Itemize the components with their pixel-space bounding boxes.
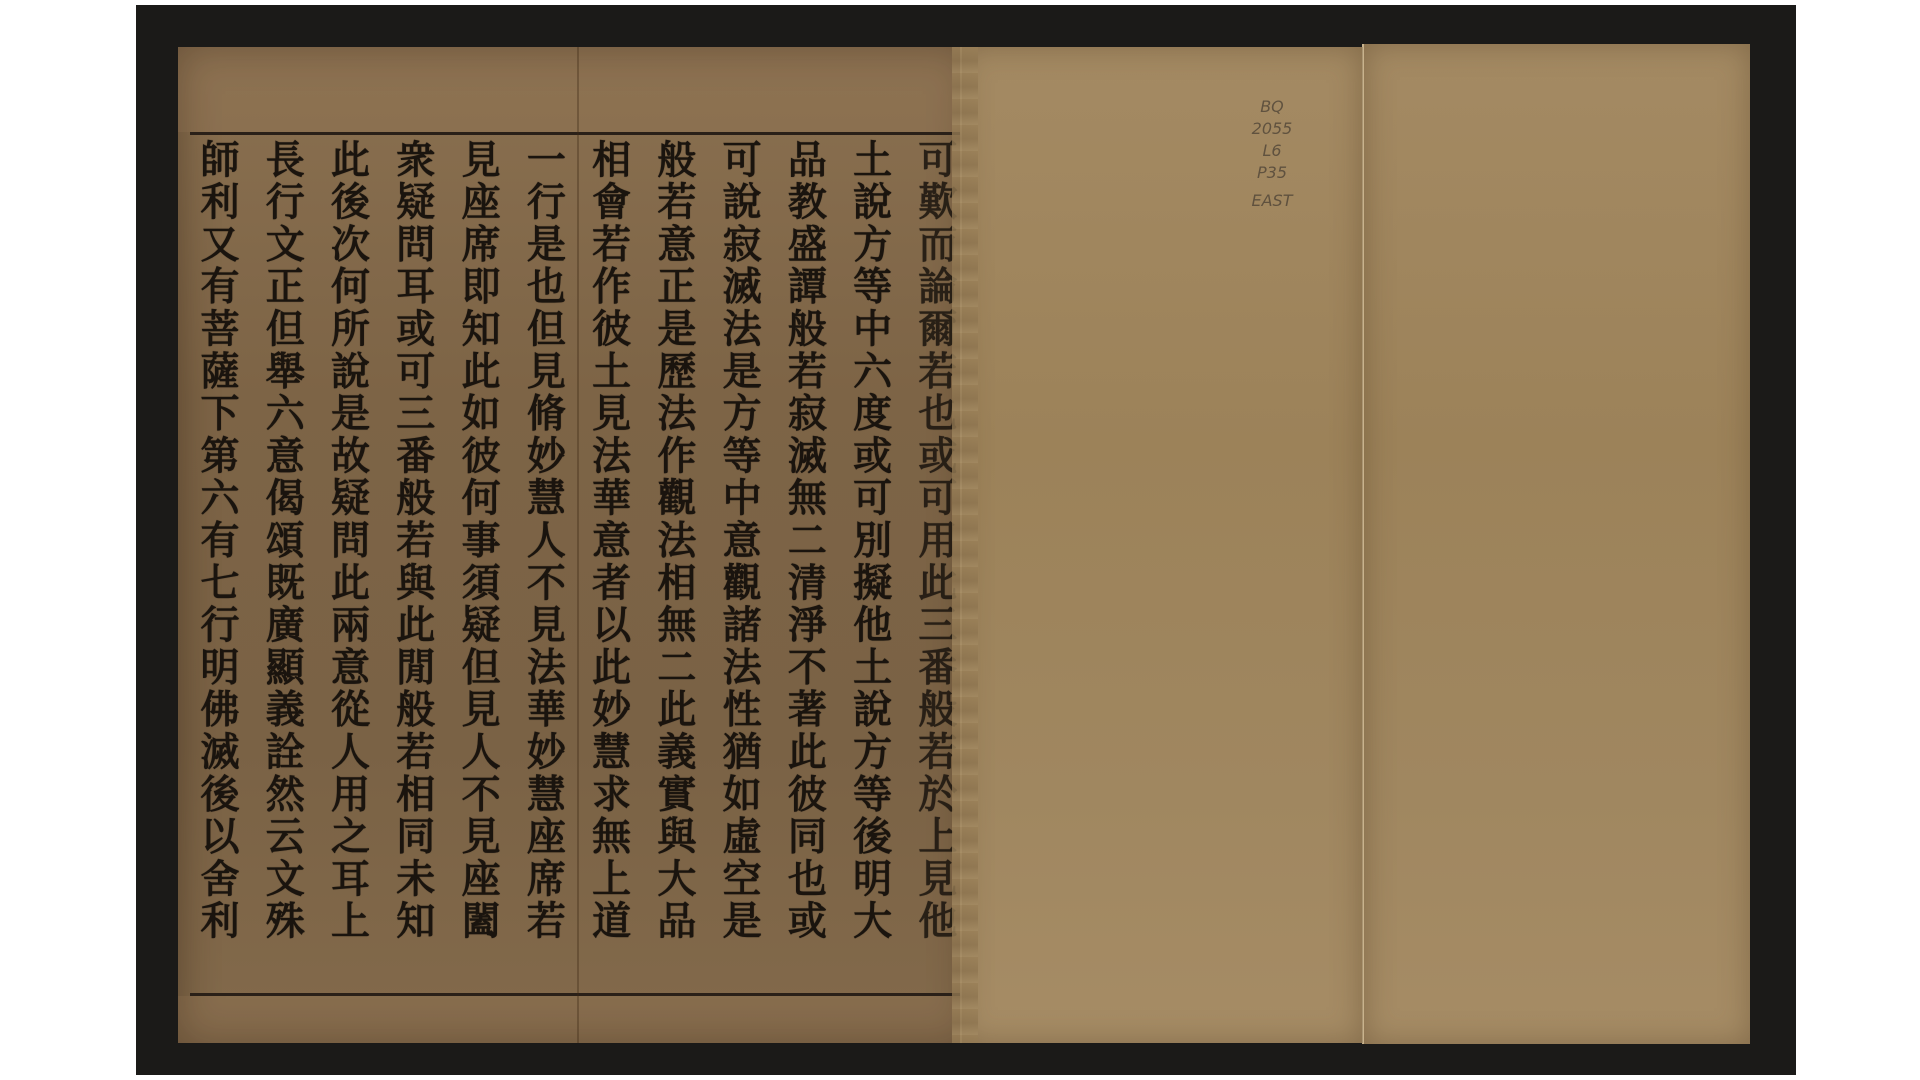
text-column-7: 一行是也但見脩妙慧人不見法華妙慧座席若 bbox=[514, 139, 572, 991]
pencil-line-4: P35 bbox=[1232, 162, 1312, 184]
printed-leaf: 可歎而論爾若也或可用此三番般若於上見他 土說方等中六度或可別擬他土說方等後明大 … bbox=[178, 47, 970, 1043]
text-column-10: 此後次何所說是故疑問此兩意從人用之耳上 bbox=[319, 139, 377, 991]
text-column-5: 般若意正是歷法作觀法相無二此義實與大品 bbox=[645, 139, 703, 991]
pencil-line-2: 2055 bbox=[1232, 118, 1312, 140]
pencil-line-3: L6 bbox=[1232, 140, 1312, 162]
text-column-12: 師利又有菩薩下第六有七行明佛滅後以舍利 bbox=[188, 139, 246, 991]
text-column-6: 相會若作彼土見法華意者以此妙慧求無上道 bbox=[580, 139, 638, 991]
pencil-line-1: BQ bbox=[1232, 96, 1312, 118]
text-column-2: 土說方等中六度或可別擬他土說方等後明大 bbox=[841, 139, 899, 991]
text-column-4: 可說寂滅法是方等中意觀諸法性猶如虛空是 bbox=[710, 139, 768, 991]
cover-panel-right bbox=[1362, 44, 1750, 1044]
torn-edge bbox=[952, 47, 978, 1043]
text-block: 可歎而論爾若也或可用此三番般若於上見他 土說方等中六度或可別擬他土說方等後明大 … bbox=[186, 139, 966, 991]
text-column-9: 衆疑問耳或可三番般若與此閒般若相同未知 bbox=[384, 139, 442, 991]
text-column-3: 品教盛譚般若寂滅無二清淨不著此彼同也或 bbox=[775, 139, 833, 991]
bottom-margin bbox=[178, 996, 970, 1043]
text-column-11: 長行文正但舉六意偈頌既廣顯義詮然云文殊 bbox=[253, 139, 311, 991]
top-margin bbox=[178, 47, 970, 132]
pencil-line-5: EAST bbox=[1232, 190, 1312, 212]
pencil-call-number: BQ 2055 L6 P35 EAST bbox=[1232, 96, 1312, 212]
text-column-8: 見座席即知此如彼何事須疑但見人不見座闔 bbox=[449, 139, 507, 991]
cover-fold-crease bbox=[1362, 47, 1363, 1043]
